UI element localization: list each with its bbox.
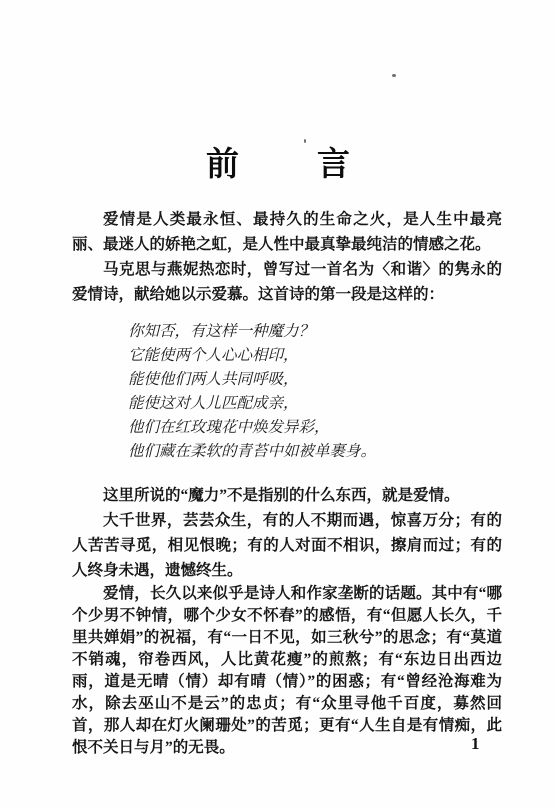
poem-line: 他们藏在柔软的青苔中如被单裹身。 xyxy=(128,440,502,464)
book-page: 前 言 爱情是人类最永恒、最持久的生命之火，是人生中最亮丽、最迷人的娇艳之虹，是… xyxy=(0,0,556,807)
poem-block: 你知否，有这样一种魔力？ 它能使两个人心心相印， 能使他们两人共同呼吸， 能使这… xyxy=(72,320,502,464)
paragraph-5: 爱情，长久以来似乎是诗人和作家垄断的话题。其中有“哪个少男不钟情，哪个少女不怀春… xyxy=(72,583,502,759)
scan-speck xyxy=(304,139,306,143)
page-number: 1 xyxy=(471,735,480,753)
poem-line: 你知否，有这样一种魔力？ xyxy=(128,320,502,344)
poem-line: 能使这对人儿匹配成亲， xyxy=(128,392,502,416)
paragraph-2: 马克思与燕妮热恋时，曾写过一首名为〈和谐〉的隽永的爱情诗，献给她以示爱慕。这首诗… xyxy=(72,257,502,307)
scan-speck xyxy=(392,74,396,77)
page-title-char-right: 言 xyxy=(317,147,350,181)
poem-line: 能使他们两人共同呼吸， xyxy=(128,368,502,392)
poem-line: 它能使两个人心心相印， xyxy=(128,344,502,368)
paragraph-4: 大千世界，芸芸众生，有的人不期而遇，惊喜万分；有的人苦苦寻觅，相见恨晚；有的人对… xyxy=(72,508,502,583)
poem-line: 他们在红玫瑰花中焕发异彩， xyxy=(128,416,502,440)
paragraph-3: 这里所说的“魔力”不是指别的什么东西，就是爱情。 xyxy=(72,483,502,508)
preface-text-column: 爱情是人类最永恒、最持久的生命之火，是人生中最亮丽、最迷人的娇艳之虹，是人性中最… xyxy=(72,207,502,759)
page-title-char-left: 前 xyxy=(206,147,239,181)
paragraph-1: 爱情是人类最永恒、最持久的生命之火，是人生中最亮丽、最迷人的娇艳之虹，是人性中最… xyxy=(72,207,502,257)
page-title: 前 言 xyxy=(0,147,556,181)
